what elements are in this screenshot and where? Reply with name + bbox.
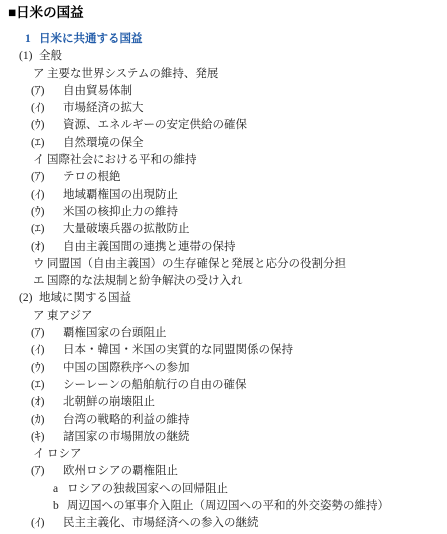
outline-item-label: (ｲ) xyxy=(31,187,63,204)
outline-item-text: 資源、エネルギーの安定供給の確保 xyxy=(63,119,247,131)
outline-item-label: ア xyxy=(33,66,47,83)
outline-item: ウ同盟国（自由主義国）の生存確保と発展と応分の役割分担 xyxy=(0,256,447,273)
outline-item-label: エ xyxy=(33,273,47,290)
outline-item-label: イ xyxy=(33,446,47,463)
outline-item: (ｴ)自然環境の保全 xyxy=(0,135,447,152)
outline-item: (ｲ)日本・韓国・米国の実質的な同盟関係の保持 xyxy=(0,342,447,359)
outline-item: (ｱ)テロの根絶 xyxy=(0,169,447,186)
outline-item-text: 自由貿易体制 xyxy=(63,85,132,97)
outline-item-label: (ｱ) xyxy=(31,169,63,186)
outline: 1日米に共通する国益(1)全般ア主要な世界システムの維持、発展(ｱ)自由貿易体制… xyxy=(0,31,447,533)
outline-item-label: (ｴ) xyxy=(31,135,63,152)
outline-item-label: (ｳ) xyxy=(31,117,63,134)
outline-item-label: (ｷ) xyxy=(31,429,63,446)
outline-item-label: イ xyxy=(33,152,47,169)
outline-item: (ｱ)欧州ロシアの覇権阻止 xyxy=(0,463,447,480)
outline-item-label: (ｶ) xyxy=(31,412,63,429)
outline-item: (ｱ)覇権国家の台頭阻止 xyxy=(0,325,447,342)
outline-item-text: 市場経済の拡大 xyxy=(63,102,144,114)
outline-item-text: 諸国家の市場開放の継続 xyxy=(63,431,190,443)
outline-item-text: シーレーンの船舶航行の自由の確保 xyxy=(63,379,247,391)
outline-item-text: 北朝鮮の崩壊阻止 xyxy=(63,396,155,408)
outline-item-label: (ｴ) xyxy=(31,221,63,238)
outline-item-label: ア xyxy=(33,308,47,325)
outline-item-text: 国際的な法規制と紛争解決の受け入れ xyxy=(47,275,243,287)
outline-item: (ｲ)地域覇権国の出現防止 xyxy=(0,187,447,204)
outline-item: b周辺国への軍事介入阻止（周辺国への平和的外交姿勢の維持） xyxy=(0,498,447,515)
outline-item-label: (ｲ) xyxy=(31,100,63,117)
outline-item-label: (ｴ) xyxy=(31,377,63,394)
outline-item-text: 主要な世界システムの維持、発展 xyxy=(47,68,218,80)
outline-item-text: 全般 xyxy=(39,50,62,62)
outline-item: (ｷ)諸国家の市場開放の継続 xyxy=(0,429,447,446)
outline-item-text: 覇権国家の台頭阻止 xyxy=(63,327,167,339)
outline-item: (ｴ)シーレーンの船舶航行の自由の確保 xyxy=(0,377,447,394)
outline-item-label: (ｲ) xyxy=(31,342,63,359)
outline-item-label: (ｱ) xyxy=(31,325,63,342)
outline-item-text: 周辺国への軍事介入阻止（周辺国への平和的外交姿勢の維持） xyxy=(67,500,389,512)
outline-item: ア東アジア xyxy=(0,308,447,325)
outline-item: (ｴ)大量破壊兵器の拡散防止 xyxy=(0,221,447,238)
outline-item: (1)全般 xyxy=(0,48,447,65)
outline-item: イ国際社会における平和の維持 xyxy=(0,152,447,169)
outline-item-text: 自然環境の保全 xyxy=(63,137,144,149)
outline-item-label: (ｳ) xyxy=(31,360,63,377)
outline-item: (ｲ)市場経済の拡大 xyxy=(0,100,447,117)
outline-item: 1日米に共通する国益 xyxy=(0,31,447,48)
outline-item-text: 同盟国（自由主義国）の生存確保と発展と応分の役割分担 xyxy=(47,258,346,270)
outline-item-label: a xyxy=(53,481,67,498)
outline-item-text: 国際社会における平和の維持 xyxy=(47,154,197,166)
outline-item: (ｶ)台湾の戦略的利益の維持 xyxy=(0,412,447,429)
outline-item: (2)地域に関する国益 xyxy=(0,290,447,307)
outline-item: (ｳ)米国の核抑止力の維持 xyxy=(0,204,447,221)
outline-item-text: ロシア xyxy=(47,448,82,460)
outline-item: (ｵ)北朝鮮の崩壊阻止 xyxy=(0,394,447,411)
outline-item: (ｱ)自由貿易体制 xyxy=(0,83,447,100)
outline-item-text: 欧州ロシアの覇権阻止 xyxy=(63,465,178,477)
outline-item-text: 民主主義化、市場経済への参入の継続 xyxy=(63,517,259,529)
outline-item-text: 中国の国際秩序への参加 xyxy=(63,362,190,374)
outline-item-label: (ｳ) xyxy=(31,204,63,221)
outline-item: (ｲ)民主主義化、市場経済への参入の継続 xyxy=(0,515,447,532)
outline-item-text: 日米に共通する国益 xyxy=(39,33,143,45)
outline-item-text: テロの根絶 xyxy=(63,171,121,183)
outline-item-text: 東アジア xyxy=(47,310,93,322)
outline-item-label: ウ xyxy=(33,256,47,273)
outline-item-label: (ｵ) xyxy=(31,239,63,256)
outline-item: (ｳ)資源、エネルギーの安定供給の確保 xyxy=(0,117,447,134)
outline-item-label: (ｵ) xyxy=(31,394,63,411)
outline-item-text: ロシアの独裁国家への回帰阻止 xyxy=(67,483,228,495)
outline-item-label: b xyxy=(53,498,67,515)
outline-item-label: (1) xyxy=(19,48,39,65)
outline-item-text: 自由主義国間の連携と連帯の保持 xyxy=(63,241,236,253)
outline-item-text: 大量破壊兵器の拡散防止 xyxy=(63,223,190,235)
outline-item: aロシアの独裁国家への回帰阻止 xyxy=(0,481,447,498)
outline-item-label: (ｱ) xyxy=(31,463,63,480)
document-page: ■日米の国益 1日米に共通する国益(1)全般ア主要な世界システムの維持、発展(ｱ… xyxy=(0,4,447,534)
outline-item-label: 1 xyxy=(25,31,39,48)
outline-item: イロシア xyxy=(0,446,447,463)
outline-item-text: 米国の核抑止力の維持 xyxy=(63,206,178,218)
outline-item-label: (ｲ) xyxy=(31,515,63,532)
outline-item-text: 日本・韓国・米国の実質的な同盟関係の保持 xyxy=(63,344,293,356)
outline-item-text: 台湾の戦略的利益の維持 xyxy=(63,414,190,426)
outline-item: (ｵ)自由主義国間の連携と連帯の保持 xyxy=(0,239,447,256)
outline-item: エ国際的な法規制と紛争解決の受け入れ xyxy=(0,273,447,290)
outline-item-label: (ｱ) xyxy=(31,83,63,100)
page-title: ■日米の国益 xyxy=(0,4,447,22)
outline-item: (ｳ)中国の国際秩序への参加 xyxy=(0,360,447,377)
outline-item-text: 地域覇権国の出現防止 xyxy=(63,189,178,201)
outline-item-label: (2) xyxy=(19,290,39,307)
outline-item: ア主要な世界システムの維持、発展 xyxy=(0,66,447,83)
outline-item-text: 地域に関する国益 xyxy=(39,292,131,304)
